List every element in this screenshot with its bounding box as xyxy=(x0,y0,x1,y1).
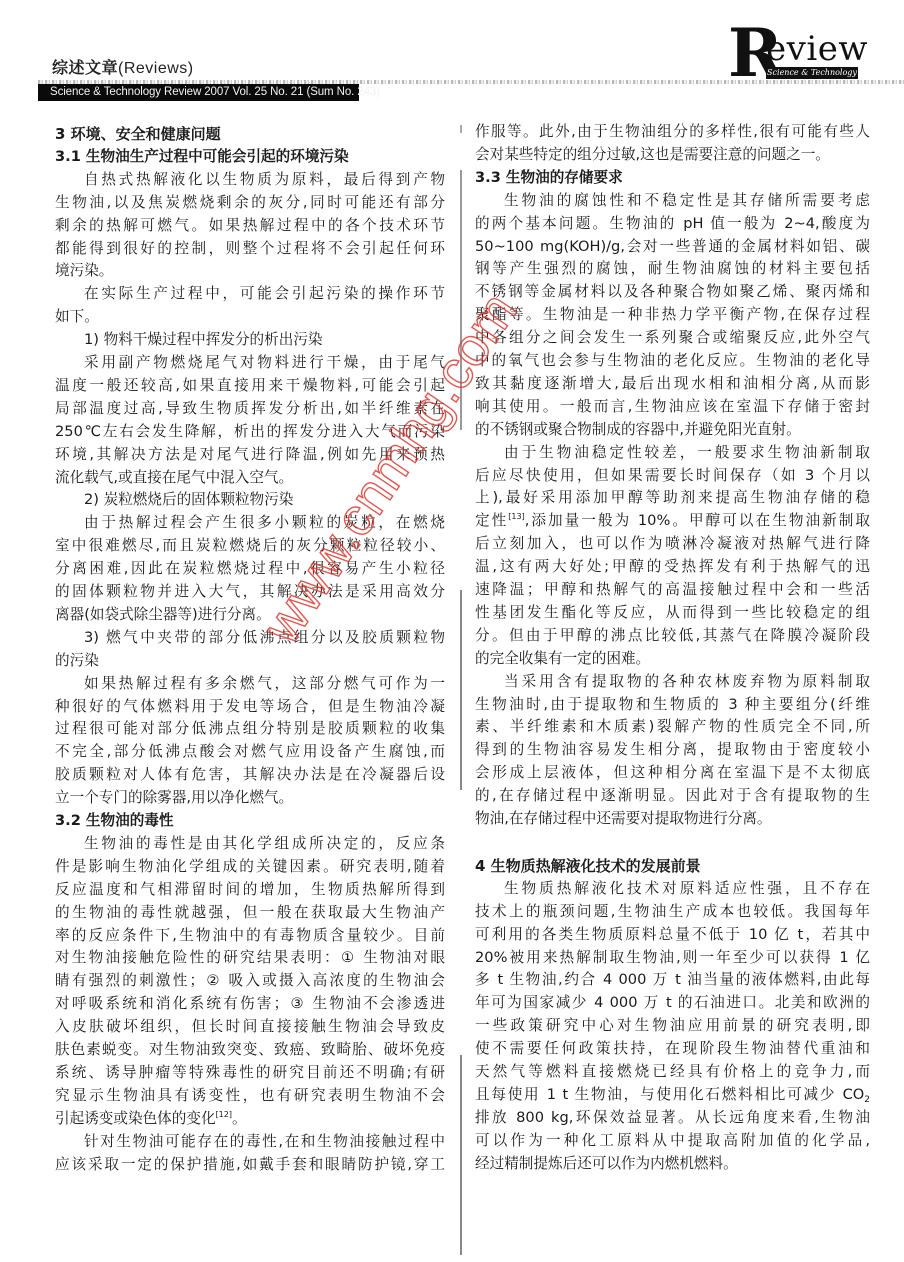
line-text: 1) 物料干燥过程中挥发分的析出污染 xyxy=(84,331,323,348)
line-text: 温,这有两大好处;甲醇的受热挥发有利于热解气的迅 xyxy=(475,558,870,575)
paragraph-line: 多 t 生物油,约合 4 000 万 t 油当量的液体燃料,由此每 xyxy=(475,969,870,991)
line-text: 的完全收集有一定的困难。 xyxy=(475,650,650,667)
line-text: 可以作为一种化工原料从中提取高附加值的化学品, xyxy=(475,1132,870,1149)
line-text: 素、半纤维素和木质素)裂解产物的性质完全不同,所 xyxy=(475,718,870,735)
journal-citation-bar: Science & Technology Review 2007 Vol. 25… xyxy=(38,84,359,101)
line-text: 作服等。此外,由于生物油组分的多样性,很有可能有些人 xyxy=(475,123,870,140)
line-text: 过程很可能对部分低沸点组分特别是胶质颗粒的收集 xyxy=(55,720,445,737)
paragraph-line: 离器(如袋式除尘器等)进行分离。 xyxy=(55,604,445,626)
line-text: 响其使用。一般而言,生物油应该在室温下存储于密封 xyxy=(475,398,870,415)
line-text: 局部温度过高,导致生物质挥发分析出,如半纤维素在 xyxy=(55,400,445,417)
paragraph-line: 如下。 xyxy=(55,306,445,328)
column-divider xyxy=(460,1055,462,1255)
paragraph-line: 当采用含有提取物的各种农林废弃物为原料制取 xyxy=(475,671,870,693)
paragraph-line: 经过精制提炼后还可以作为内燃机燃料。 xyxy=(475,1153,870,1175)
line-text: 的污染 xyxy=(55,652,99,669)
line-text: 定性 xyxy=(475,512,508,529)
paragraph-line: 系统、诱导肿瘤等特殊毒性的研究目前还不明确;有研 xyxy=(55,1062,445,1084)
line-text: 如下。 xyxy=(55,308,99,325)
paragraph-line: 响其使用。一般而言,生物油应该在室温下存储于密封 xyxy=(475,396,870,418)
paragraph-line: 剩余的热解可燃气。如果热解过程中的各个技术环节 xyxy=(55,215,445,237)
line-text: 排放 800 kg,环保效益显著。从长远角度来看,生物油 xyxy=(475,1109,870,1126)
paragraph-line: 对生物油接触危险性的研究结果表明：① 生物油对眼 xyxy=(55,947,445,969)
line-text: 入皮肤破坏组织，但长时间直接接触生物油会导致皮 xyxy=(55,1018,445,1035)
paragraph-line: 入皮肤破坏组织，但长时间直接接触生物油会导致皮 xyxy=(55,1016,445,1038)
line-text-tail: ,添加量一般为 10%。甲醇可以在生物油新制取 xyxy=(525,512,870,529)
line-text: 都能得到很好的控制，则整个过程将不会引起任何环 xyxy=(55,240,445,257)
line-text: 生物质热解液化技术对原料适应性强，且不存在 xyxy=(504,880,870,897)
paragraph-line: 的两个基本问题。生物油的 pH 值一般为 2~4,酸度为 xyxy=(475,213,870,235)
logo-word: eview xyxy=(766,32,868,66)
line-text: 系统、诱导肿瘤等特殊毒性的研究目前还不明确;有研 xyxy=(55,1064,445,1081)
subsection-heading: 3.2 生物油的毒性 xyxy=(55,810,445,832)
paragraph-line: 50~100 mg(KOH)/g,会对一些普通的金属材料如铝、碳 xyxy=(475,236,870,258)
paragraph-line: 钢等产生强烈的腐蚀，耐生物油腐蚀的材料主要包括 xyxy=(475,258,870,280)
line-text: 温度一般还较高,如果直接用来干燥物料,可能会引起 xyxy=(55,377,445,394)
paragraph-line: 作服等。此外,由于生物油组分的多样性,很有可能有些人 xyxy=(475,121,870,143)
list-item-heading: 1) 物料干燥过程中挥发分的析出污染 xyxy=(55,329,445,351)
line-text: 当采用含有提取物的各种农林废弃物为原料制取 xyxy=(504,673,870,690)
section-category-cn: 综述文章 xyxy=(52,58,118,77)
paragraph-line: 种很好的气体燃料用于发电等场合，但是生物油冷凝 xyxy=(55,696,445,718)
line-text: 天然气等燃料直接燃烧已经具有价格上的竞争力,而 xyxy=(475,1063,870,1080)
line-text: 离器(如袋式除尘器等)进行分离。 xyxy=(55,606,271,623)
paragraph-line: 速降温；甲醇和热解气的高温接触过程中会和一些活 xyxy=(475,579,870,601)
paragraph-line: 物油,在存储过程中还需要对提取物进行分离。 xyxy=(475,808,870,830)
paragraph-line: 针对生物油可能存在的毒性,在和生物油接触过程中 xyxy=(55,1131,445,1153)
line-text: 技术上的瓶颈问题,生物油生产成本也较低。我国每年 xyxy=(475,903,870,920)
line-text: 睛有强烈的刺激性；② 吸入或摄入高浓度的生物油会 xyxy=(55,972,445,989)
paragraph-line: 一些政策研究中心对生物油应用前景的研究表明,即 xyxy=(475,1015,870,1037)
paragraph-line: 应该采取一定的保护措施,如戴手套和眼睛防护镜,穿工 xyxy=(55,1154,445,1176)
line-text: 4 生物质热解液化技术的发展前景 xyxy=(475,857,701,875)
line-text: 流化载气,或直接在尾气中混入空气。 xyxy=(55,469,293,486)
paragraph-line: 自热式热解液化以生物质为原料，最后得到产物 xyxy=(55,169,445,191)
paragraph-line: 会对某些特定的组分过敏,这也是需要注意的问题之一。 xyxy=(475,144,870,166)
paragraph-line: 上),最好采用添加甲醇等助剂来提高生物油存储的稳 xyxy=(475,487,870,509)
paragraph-line: 究显示生物油具有诱变性，也有研究表明生物油不会 xyxy=(55,1085,445,1107)
paragraph-line: 生物质热解液化技术对原料适应性强，且不存在 xyxy=(475,878,870,900)
citation-ref[interactable]: [12] xyxy=(216,1110,232,1119)
paragraph-line: 率的反应条件下,生物油中的有毒物质含量较少。目前 xyxy=(55,925,445,947)
line-text: 会形成上层液体，但这种相分离在室温下是不太彻底 xyxy=(475,764,870,781)
paragraph-line: 生物油,以及焦炭燃烧剩余的灰分,同时可能还有部分 xyxy=(55,192,445,214)
line-text: 的两个基本问题。生物油的 pH 值一般为 2~4,酸度为 xyxy=(475,215,870,232)
line-text: 采用副产物燃烧尾气对物料进行干燥，由于尾气 xyxy=(84,354,445,371)
section-heading: 4 生物质热解液化技术的发展前景 xyxy=(475,855,870,877)
line-text: 由于生物油稳定性较差，一般要求生物油新制取 xyxy=(504,444,870,461)
line-text: 不完全,部分低沸点酸会对燃气应用设备产生腐蚀,而 xyxy=(55,743,445,760)
line-text: 多 t 生物油,约合 4 000 万 t 油当量的液体燃料,由此每 xyxy=(475,971,870,988)
paragraph-line: 后应尽快使用，但如果需要长时间保存（如 3 个月以 xyxy=(475,465,870,487)
paragraph-line: 的污染 xyxy=(55,650,445,672)
paragraph-line: 致其黏度逐渐增大,最后出现水相和油相分离,从而影 xyxy=(475,373,870,395)
line-text: 的固体颗粒物并进入大气，其解决办法是采用高效分 xyxy=(55,583,445,600)
line-text: 胶质颗粒对人体有危害，其解决办法是在冷凝器后设 xyxy=(55,766,445,783)
paragraph-line: 技术上的瓶颈问题,生物油生产成本也较低。我国每年 xyxy=(475,901,870,923)
line-text: 3) 燃气中夹带的部分低沸点组分以及胶质颗粒物 xyxy=(84,629,445,646)
line-text: 速降温；甲醇和热解气的高温接触过程中会和一些活 xyxy=(475,581,870,598)
paragraph-line: 3) 燃气中夹带的部分低沸点组分以及胶质颗粒物 xyxy=(55,627,445,649)
line-text: 生物油时,由于提取物和生物质的 3 种主要组分(纤维 xyxy=(475,696,870,713)
line-text: 剩余的热解可燃气。如果热解过程中的各个技术环节 xyxy=(55,217,445,234)
paragraph-line: 会形成上层液体，但这种相分离在室温下是不太彻底 xyxy=(475,762,870,784)
line-text: 致其黏度逐渐增大,最后出现水相和油相分离,从而影 xyxy=(475,375,870,392)
line-text: 件是影响生物油化学组成的关键因素。研究表明,随着 xyxy=(55,858,445,875)
paragraph-line: 中的氧气也会参与生物油的老化反应。生物油的老化导 xyxy=(475,350,870,372)
line-text: 种很好的气体燃料用于发电等场合，但是生物油冷凝 xyxy=(55,698,445,715)
paragraph-line: 生物油时,由于提取物和生物质的 3 种主要组分(纤维 xyxy=(475,694,870,716)
paragraph-line: 素、半纤维素和木质素)裂解产物的性质完全不同,所 xyxy=(475,716,870,738)
line-text: 立一个专门的除雾器,用以净化燃气。 xyxy=(55,789,293,806)
line-text: 中的氧气也会参与生物油的老化反应。生物油的老化导 xyxy=(475,352,870,369)
line-text: 生物油,以及焦炭燃烧剩余的灰分,同时可能还有部分 xyxy=(55,194,445,211)
line-text: 室中很难燃尽,而且炭粒燃烧后的灰分颗粒粒径较小、 xyxy=(55,537,445,554)
line-text: 自热式热解液化以生物质为原料，最后得到产物 xyxy=(84,171,445,188)
section-category: 综述文章(Reviews) xyxy=(52,55,194,78)
line-text: 使不需要任何政策扶持，在现阶段生物油替代重油和 xyxy=(475,1040,870,1057)
line-text: 对生物油接触危险性的研究结果表明：① 生物油对眼 xyxy=(55,949,445,966)
line-text: 且每使用 1 t 生物油，与使用化石燃料相比可减少 CO xyxy=(475,1086,864,1103)
line-text: 3.2 生物油的毒性 xyxy=(55,812,174,829)
paragraph-line: 温,这有两大好处;甲醇的受热挥发有利于热解气的迅 xyxy=(475,556,870,578)
paragraph-line: 过程很可能对部分低沸点组分特别是胶质颗粒的收集 xyxy=(55,718,445,740)
line-text: 针对生物油可能存在的毒性,在和生物油接触过程中 xyxy=(84,1133,445,1150)
paragraph-line: 不完全,部分低沸点酸会对燃气应用设备产生腐蚀,而 xyxy=(55,741,445,763)
paragraph-line: 的不锈钢或聚合物制成的容器中,并避免阳光直射。 xyxy=(475,419,870,441)
paragraph-line: 反应温度和气相滞留时间的增加，生物质热解所得到 xyxy=(55,879,445,901)
line-text: 上),最好采用添加甲醇等助剂来提高生物油存储的稳 xyxy=(475,489,870,506)
line-text: 反应温度和气相滞留时间的增加，生物质热解所得到 xyxy=(55,881,445,898)
paragraph-line: 使不需要任何政策扶持，在现阶段生物油替代重油和 xyxy=(475,1038,870,1060)
paragraph-line: 如果热解过程有多余燃气，这部分燃气可作为一 xyxy=(55,673,445,695)
line-text: 究显示生物油具有诱变性，也有研究表明生物油不会 xyxy=(55,1087,445,1104)
paragraph-line: 后立刻加入，也可以作为喷淋冷凝液对热解气进行降 xyxy=(475,533,870,555)
line-text: 得到的生物油容易发生相分离，提取物由于密度较小 xyxy=(475,741,870,758)
paragraph-line: 都能得到很好的控制，则整个过程将不会引起任何环 xyxy=(55,238,445,260)
paragraph-line: 胶质颗粒对人体有危害，其解决办法是在冷凝器后设 xyxy=(55,764,445,786)
paragraph-line: 且每使用 1 t 生物油，与使用化石燃料相比可减少 CO2 xyxy=(475,1084,870,1106)
paragraph-line: 睛有强烈的刺激性；② 吸入或摄入高浓度的生物油会 xyxy=(55,970,445,992)
paragraph-line: 性基团发生酯化等反应，从而得到一些比较稳定的组 xyxy=(475,602,870,624)
line-text: 生物油的毒性是由其化学组成所决定的，反应条 xyxy=(84,835,445,852)
paragraph-line: 立一个专门的除雾器,用以净化燃气。 xyxy=(55,787,445,809)
line-text: 物油,在存储过程中还需要对提取物进行分离。 xyxy=(475,810,772,827)
line-text: 肤色素蜕变。对生物油致突变、致癌、致畸胎、破坏免疫 xyxy=(55,1041,445,1058)
line-text: 的不锈钢或聚合物制成的容器中,并避免阳光直射。 xyxy=(475,421,801,438)
journal-logo: R eview Science & Technology xyxy=(728,22,868,84)
line-text: 的,在存储过程中逐渐明显。因此对于含有提取物的生 xyxy=(475,787,870,804)
paragraph-line: 可利用的各类生物质原料总量不低于 10 亿 t，若其中 xyxy=(475,924,870,946)
line-text: 分离困难,因此在炭粒燃烧过程中,很容易产生小粒径 xyxy=(55,560,445,577)
paragraph-line: 由于生物油稳定性较差，一般要求生物油新制取 xyxy=(475,442,870,464)
subsection-heading: 3.1 生物油生产过程中可能会引起的环境污染 xyxy=(55,146,445,168)
paragraph-line: 对呼吸系统和消化系统有伤害；③ 生物油不会渗透进 xyxy=(55,993,445,1015)
column-divider xyxy=(460,125,462,133)
paragraph-line: 生物油的毒性是由其化学组成所决定的，反应条 xyxy=(55,833,445,855)
line-text: 会对某些特定的组分过敏,这也是需要注意的问题之一。 xyxy=(475,146,830,163)
subscript: 2 xyxy=(864,1095,870,1105)
paragraph-line: 分离困难,因此在炭粒燃烧过程中,很容易产生小粒径 xyxy=(55,558,445,580)
line-text: 应该采取一定的保护措施,如戴手套和眼睛防护镜,穿工 xyxy=(55,1156,445,1173)
section-heading: 3 环境、安全和健康问题 xyxy=(55,123,445,145)
line-text: 3.3 生物油的存储要求 xyxy=(475,169,623,186)
line-text: 钢等产生强烈的腐蚀，耐生物油腐蚀的材料主要包括 xyxy=(475,260,870,277)
citation-ref[interactable]: [13] xyxy=(508,512,524,521)
logo-tagline: Science & Technology xyxy=(766,67,858,79)
paragraph-line: 排放 800 kg,环保效益显著。从长远角度来看,生物油 xyxy=(475,1107,870,1129)
line-text: 不锈钢等金属材料以及各种聚合物如聚乙烯、聚丙烯和 xyxy=(475,283,870,300)
paragraph-line: 中各组分之间会发生一系列聚合或缩聚反应,此外空气 xyxy=(475,327,870,349)
paragraph-line: 肤色素蜕变。对生物油致突变、致癌、致畸胎、破坏免疫 xyxy=(55,1039,445,1061)
line-text: 经过精制提炼后还可以作为内燃机燃料。 xyxy=(475,1155,738,1172)
paragraph-line: 可以作为一种化工原料从中提取高附加值的化学品, xyxy=(475,1130,870,1152)
line-text: 后立刻加入，也可以作为喷淋冷凝液对热解气进行降 xyxy=(475,535,870,552)
paragraph-line: 的生物油的毒性就越强，但一般在获取最大生物油产 xyxy=(55,902,445,924)
line-text: 如果热解过程有多余燃气，这部分燃气可作为一 xyxy=(84,675,445,692)
line-text: 可利用的各类生物质原料总量不低于 10 亿 t，若其中 xyxy=(475,926,870,943)
line-text: 50~100 mg(KOH)/g,会对一些普通的金属材料如铝、碳 xyxy=(475,238,870,255)
line-text: 在实际生产过程中，可能会引起污染的操作环节 xyxy=(84,285,445,302)
line-text: 的生物油的毒性就越强，但一般在获取最大生物油产 xyxy=(55,904,445,921)
line-text: 生物油的腐蚀性和不稳定性是其存储所需要考虑 xyxy=(504,192,870,209)
paragraph-line: 境污染。 xyxy=(55,260,445,282)
line-text: 对呼吸系统和消化系统有伤害；③ 生物油不会渗透进 xyxy=(55,995,445,1012)
paragraph-line: 的,在存储过程中逐渐明显。因此对于含有提取物的生 xyxy=(475,785,870,807)
paragraph-line: 20%被用来热解制取生物油,则一年至少可以获得 1 亿 xyxy=(475,947,870,969)
line-text: 率的反应条件下,生物油中的有毒物质含量较少。目前 xyxy=(55,927,445,944)
line-text: 境污染。 xyxy=(55,262,113,279)
line-text: 20%被用来热解制取生物油,则一年至少可以获得 1 亿 xyxy=(475,949,870,966)
paragraph-line: 年可为国家减少 4 000 万 t 的石油进口。北美和欧洲的 xyxy=(475,992,870,1014)
paragraph-line: 引起诱变或染色体的变化[12]。 xyxy=(55,1108,445,1130)
paragraph-line: 聚酯等。生物油是一种非热力学平衡产物,在保存过程 xyxy=(475,304,870,326)
paragraph-line: 温度一般还较高,如果直接用来干燥物料,可能会引起 xyxy=(55,375,445,397)
line-text: 聚酯等。生物油是一种非热力学平衡产物,在保存过程 xyxy=(475,306,870,323)
paragraph-line: 天然气等燃料直接燃烧已经具有价格上的竞争力,而 xyxy=(475,1061,870,1083)
column-divider xyxy=(460,590,462,790)
paragraph-line: 件是影响生物油化学组成的关键因素。研究表明,随着 xyxy=(55,856,445,878)
paragraph-line: 的固体颗粒物并进入大气，其解决办法是采用高效分 xyxy=(55,581,445,603)
line-text: 2) 炭粒燃烧后的固体颗粒物污染 xyxy=(84,491,293,508)
paragraph-line: 不锈钢等金属材料以及各种聚合物如聚乙烯、聚丙烯和 xyxy=(475,281,870,303)
paragraph-line: 生物油的腐蚀性和不稳定性是其存储所需要考虑 xyxy=(475,190,870,212)
line-text: 3.1 生物油生产过程中可能会引起的环境污染 xyxy=(55,148,349,165)
line-text: 性基团发生酯化等反应，从而得到一些比较稳定的组 xyxy=(475,604,870,621)
line-text-tail: 。 xyxy=(232,1110,247,1127)
line-text: 引起诱变或染色体的变化 xyxy=(55,1110,216,1127)
line-text: 分。但由于甲醇的沸点比较低,其蒸气在降膜冷凝阶段 xyxy=(475,627,870,644)
paragraph-line: 得到的生物油容易发生相分离，提取物由于密度较小 xyxy=(475,739,870,761)
paragraph-line: 分。但由于甲醇的沸点比较低,其蒸气在降膜冷凝阶段 xyxy=(475,625,870,647)
paragraph-line: 在实际生产过程中，可能会引起污染的操作环节 xyxy=(55,283,445,305)
paragraph-line: 定性[13],添加量一般为 10%。甲醇可以在生物油新制取 xyxy=(475,510,870,532)
subsection-heading: 3.3 生物油的存储要求 xyxy=(475,167,870,189)
line-text: 中各组分之间会发生一系列聚合或缩聚反应,此外空气 xyxy=(475,329,870,346)
line-text: 后应尽快使用，但如果需要长时间保存（如 3 个月以 xyxy=(475,467,870,484)
paragraph-line: 采用副产物燃烧尾气对物料进行干燥，由于尾气 xyxy=(55,352,445,374)
paragraph-line: 的完全收集有一定的困难。 xyxy=(475,648,870,670)
line-text: 一些政策研究中心对生物油应用前景的研究表明,即 xyxy=(475,1017,870,1034)
line-text: 3 环境、安全和健康问题 xyxy=(55,125,221,143)
section-category-en: (Reviews) xyxy=(118,60,194,77)
paragraph-line: 室中很难燃尽,而且炭粒燃烧后的灰分颗粒粒径较小、 xyxy=(55,535,445,557)
line-text: 年可为国家减少 4 000 万 t 的石油进口。北美和欧洲的 xyxy=(475,994,870,1011)
